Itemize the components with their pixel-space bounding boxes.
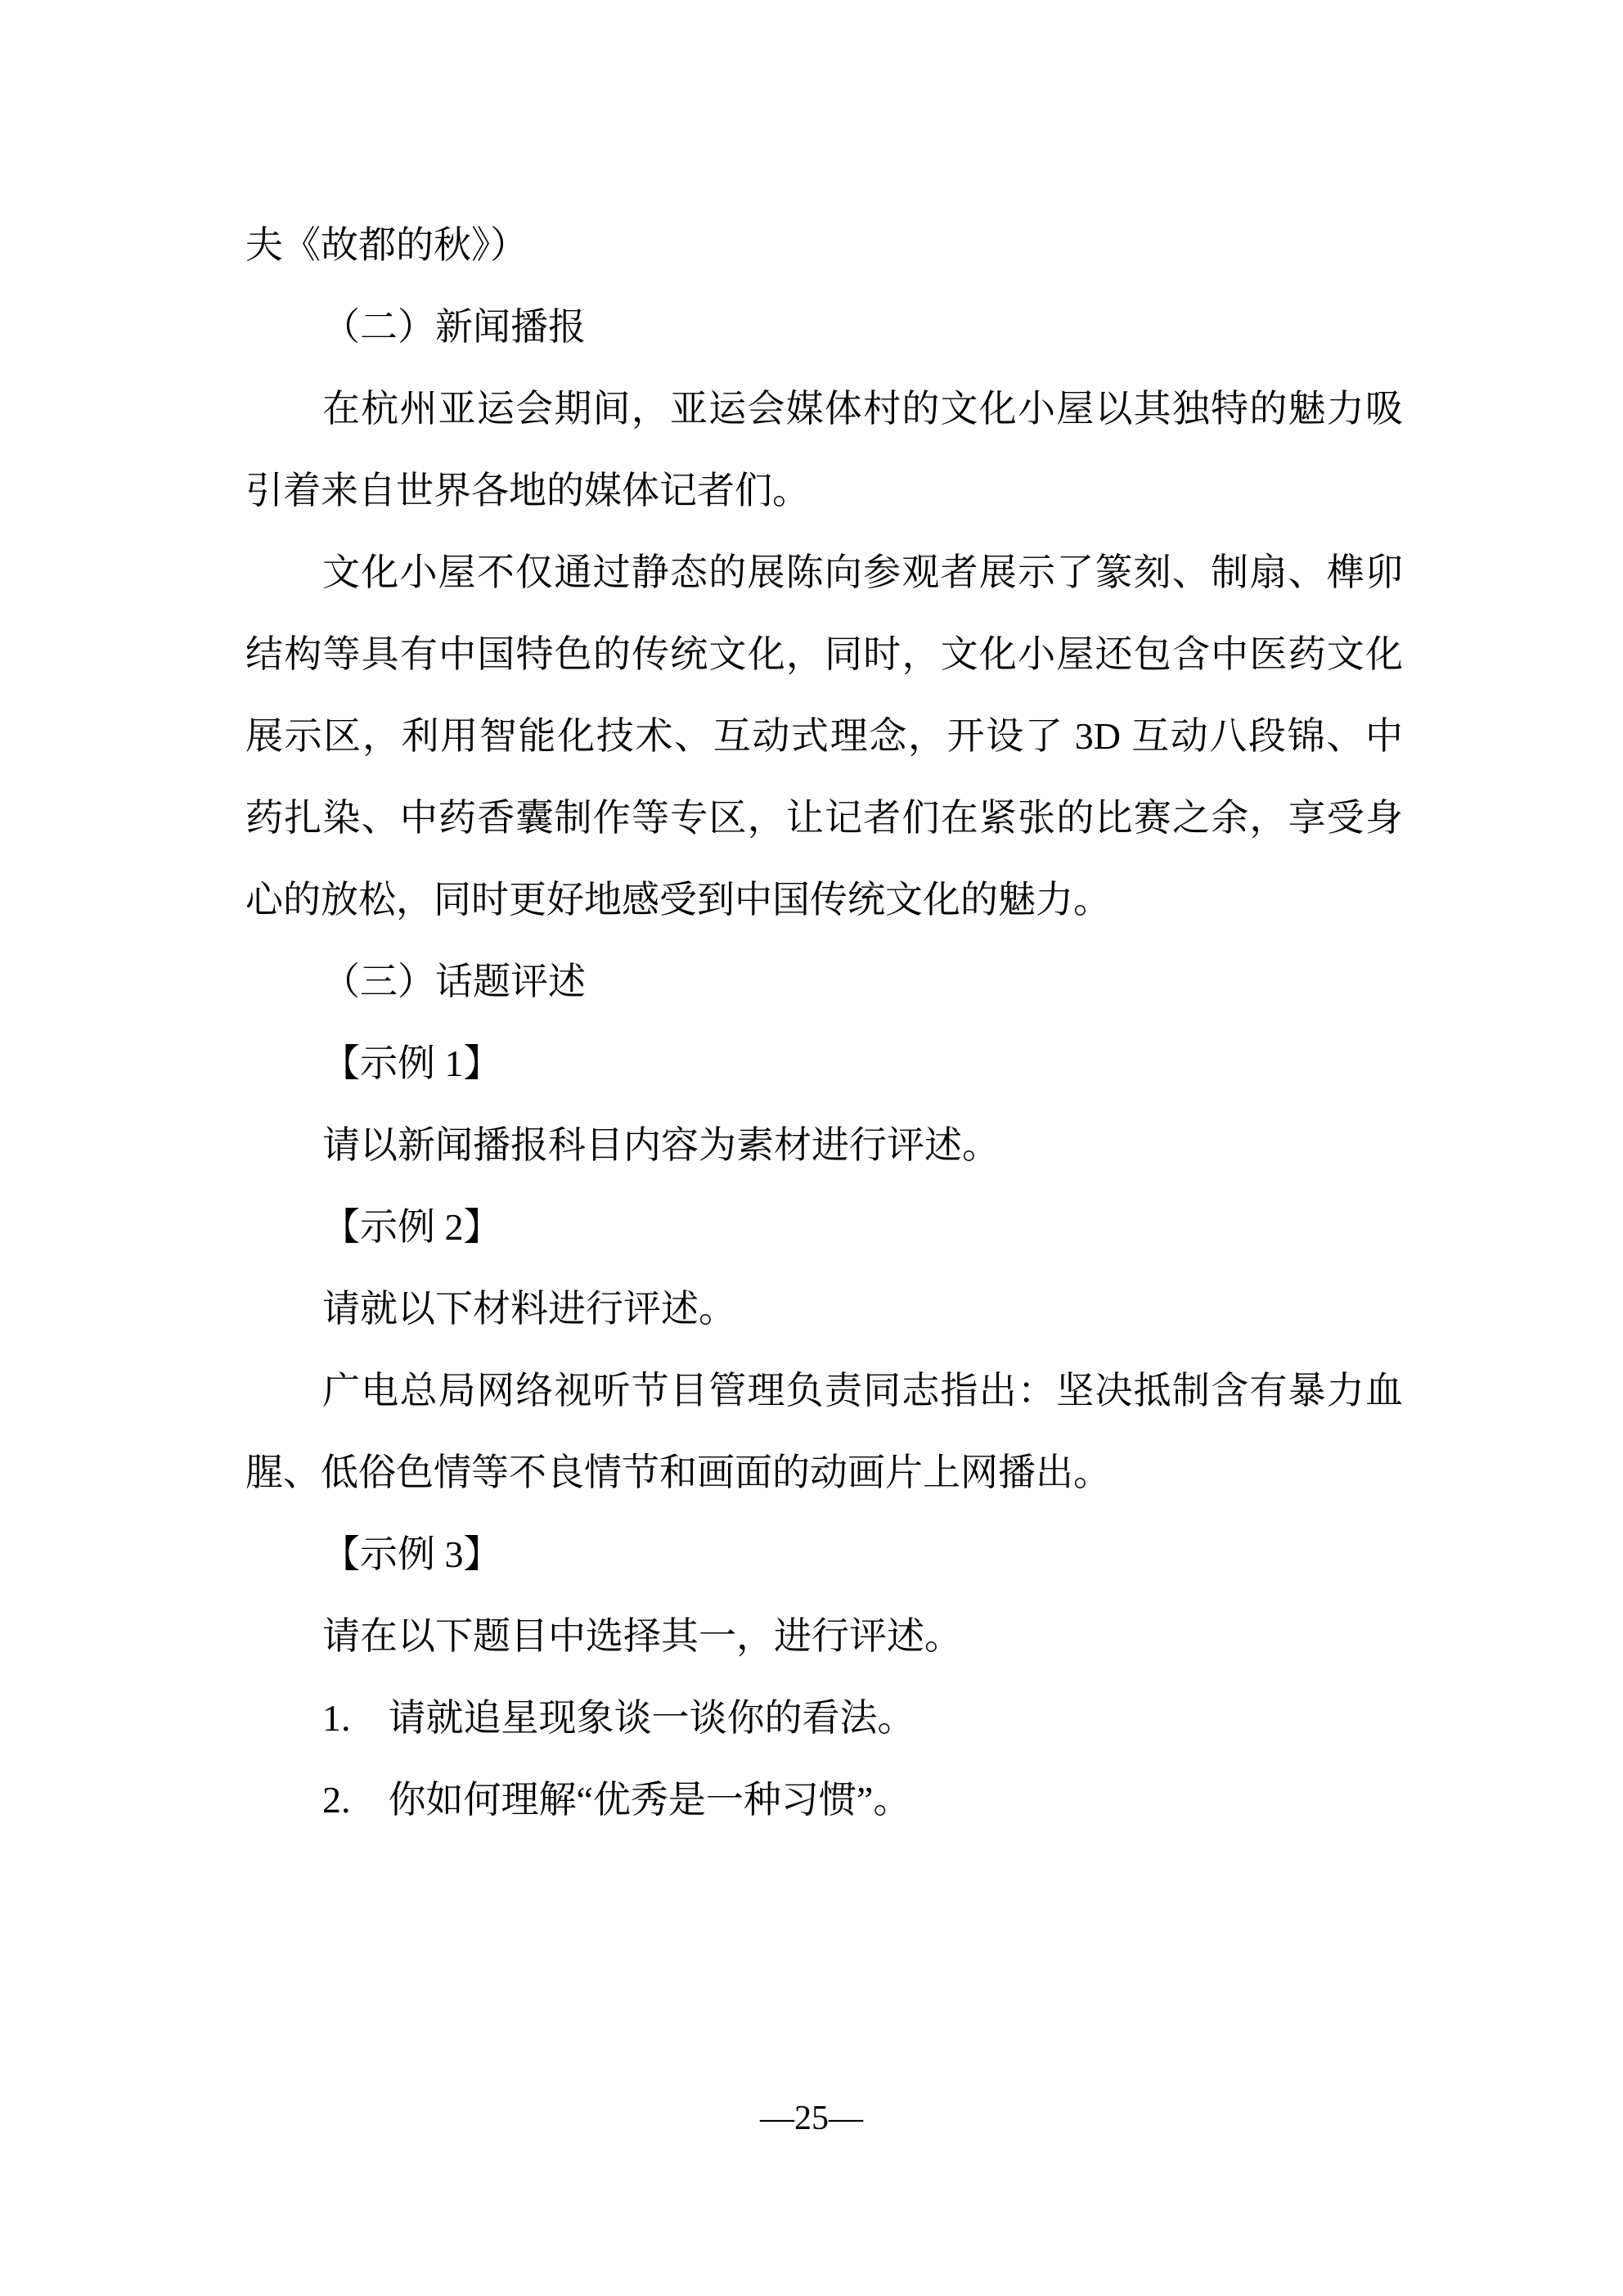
text-line: 请以新闻播报科目内容为素材进行评述。 [245,1105,1403,1186]
text-line: 药扎染、中药香囊制作等专区，让记者们在紧张的比赛之余，享受身 [245,777,1403,859]
text-line: 广电总局网络视听节目管理负责同志指出：坚决抵制含有暴力血 [245,1350,1403,1432]
page-number: —25— [0,2078,1623,2159]
section-heading: （二）新闻播报 [245,286,1403,368]
example-heading: 【示例 3】 [245,1514,1403,1596]
text-line: 腥、低俗色情等不良情节和画面的动画片上网播出。 [245,1432,1403,1514]
page-body-text: 夫《故都的秋》） （二）新闻播报 在杭州亚运会期间，亚运会媒体村的文化小屋以其独… [245,205,1403,1841]
text-line: 结构等具有中国特色的传统文化，同时，文化小屋还包含中医药文化 [245,614,1403,696]
text-line: 请在以下题目中选择其一，进行评述。 [245,1596,1403,1677]
text-line: 在杭州亚运会期间，亚运会媒体村的文化小屋以其独特的魅力吸 [245,368,1403,450]
list-item: 2. 你如何理解“优秀是一种习惯”。 [245,1759,1403,1841]
section-heading: （三）话题评述 [245,941,1403,1023]
text-line: 文化小屋不仅通过静态的展陈向参观者展示了篆刻、制扇、榫卯 [245,532,1403,614]
text-line: 展示区，利用智能化技术、互动式理念，开设了 3D 互动八段锦、中 [245,696,1403,777]
example-heading: 【示例 1】 [245,1023,1403,1105]
text-line: 心的放松，同时更好地感受到中国传统文化的魅力。 [245,859,1403,941]
text-line: 引着来自世界各地的媒体记者们。 [245,450,1403,532]
list-item: 1. 请就追星现象谈一谈你的看法。 [245,1677,1403,1759]
text-line: 请就以下材料进行评述。 [245,1268,1403,1350]
text-line: 夫《故都的秋》） [245,205,1403,286]
example-heading: 【示例 2】 [245,1186,1403,1268]
document-page: 夫《故都的秋》） （二）新闻播报 在杭州亚运会期间，亚运会媒体村的文化小屋以其独… [0,0,1623,2296]
